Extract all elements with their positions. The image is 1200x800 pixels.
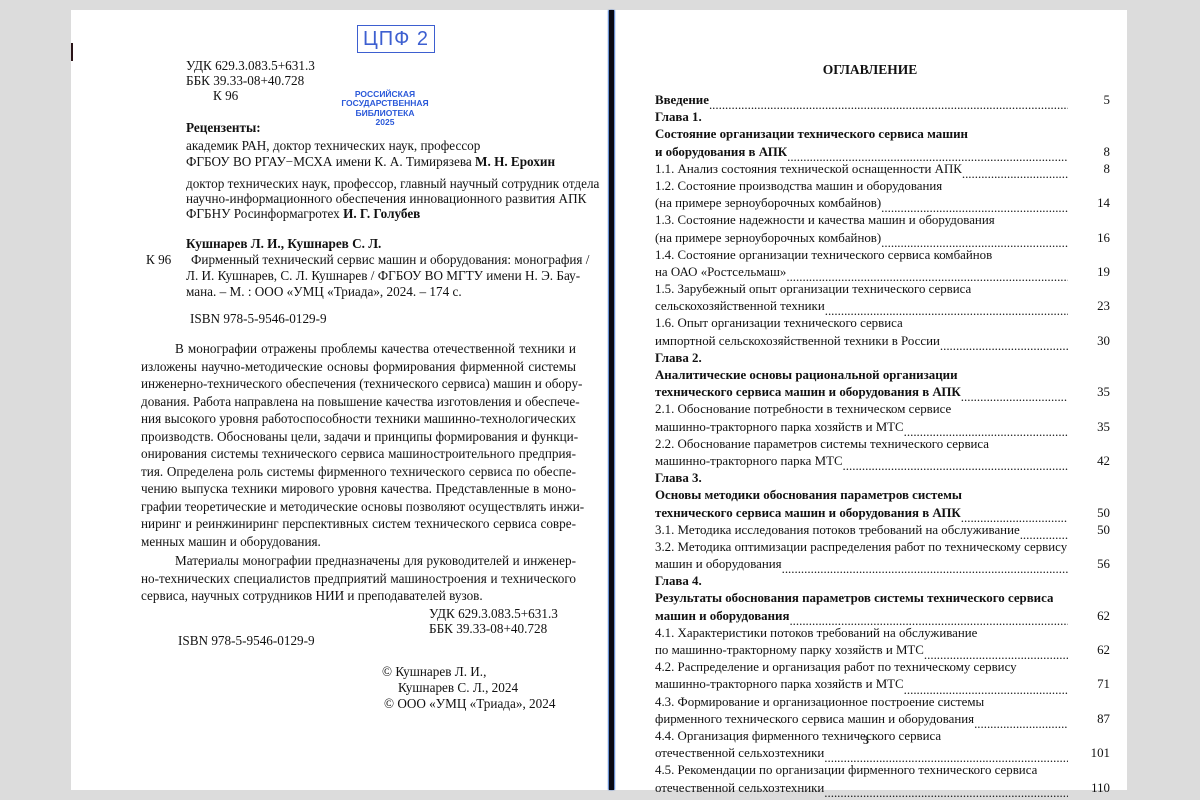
toc-entry[interactable]: Глава 3.	[655, 470, 1110, 487]
toc-entry-title: машинно-тракторного парка хозяйств и МТС	[655, 419, 904, 436]
toc-entry-title: 1.1. Анализ состояния технической оснаще…	[655, 161, 962, 178]
paragraph-line: тия. Определена роль системы фирменного …	[141, 463, 576, 481]
toc-entry[interactable]: 4.3. Формирование и организационное пост…	[655, 694, 1110, 711]
toc-entry-title: 1.2. Состояние производства машин и обор…	[655, 178, 942, 195]
toc-entry[interactable]: машинно-тракторного парка хозяйств и МТС…	[655, 676, 1110, 693]
toc-entry-title: Аналитические основы рациональной органи…	[655, 367, 958, 384]
library-stamp-line: 2025	[337, 118, 433, 127]
toc-entry-title: Результаты обоснования параметров систем…	[655, 590, 1053, 607]
toc-entry[interactable]: сельскохозяйственной техники............…	[655, 298, 1110, 315]
toc-entry-title: по машинно-тракторному парку хозяйств и …	[655, 642, 924, 659]
toc-entry[interactable]: машин и оборудования....................…	[655, 556, 1110, 573]
bib-line-1: Фирменный технический сервис машин и обо…	[191, 252, 589, 267]
toc-entry[interactable]: 1.3. Состояние надежности и качества маш…	[655, 212, 1110, 229]
copyright-line-2: Кушнарев С. Л., 2024	[398, 680, 518, 695]
paragraph-line: ниринг и реинжиниринг перспективных сист…	[141, 515, 576, 533]
toc-page-number: 50	[1076, 505, 1110, 522]
toc-entry[interactable]: 3.2. Методика оптимизации распределения …	[655, 539, 1110, 556]
reviewer2-affiliation: ФГБНУ Росинформагротех	[186, 206, 343, 221]
reviewer1-line2: ФГБОУ ВО РГАУ−МСХА имени К. А. Тимирязев…	[186, 154, 555, 169]
toc-entry[interactable]: отечественной сельхозтехники............…	[655, 780, 1110, 797]
toc-entry-title: машинно-тракторного парка хозяйств и МТС	[655, 676, 904, 693]
reviewer1-line1: академик РАН, доктор технических наук, п…	[186, 138, 480, 153]
toc-page-number: 5	[1076, 92, 1110, 109]
toc-entry-title: машин и оборудования	[655, 556, 782, 573]
toc-entry[interactable]: машин и оборудования....................…	[655, 608, 1110, 625]
toc-entry[interactable]: и оборудования в АПК....................…	[655, 144, 1110, 161]
toc-entry-title: машинно-тракторного парка МТС	[655, 453, 843, 470]
author-mark: К 96	[213, 88, 238, 103]
toc-entry-title: на ОАО «Ростсельмаш»	[655, 264, 786, 281]
toc-entry[interactable]: Результаты обоснования параметров систем…	[655, 590, 1110, 607]
toc-page-number: 8	[1076, 161, 1110, 178]
reviewer2-line2: научно-информационного обеспечения иннов…	[186, 191, 586, 206]
toc-entry[interactable]: Состояние организации технического серви…	[655, 126, 1110, 143]
toc-entry[interactable]: Аналитические основы рациональной органи…	[655, 367, 1110, 384]
toc-entry-title: сельскохозяйственной техники	[655, 298, 825, 315]
toc-entry-title: (на примере зерноуборочных комбайнов)	[655, 230, 881, 247]
toc-entry-title: отечественной сельхозтехники	[655, 780, 824, 797]
reviewer2-line1: доктор технических наук, профессор, глав…	[186, 176, 576, 191]
paragraph-line: онирования системы технического сервиса …	[141, 445, 576, 463]
toc-page-number: 71	[1076, 676, 1110, 693]
audience-paragraph: Материалы монографии предназначены для р…	[141, 552, 576, 605]
toc-entry[interactable]: 4.2. Распределение и организация работ п…	[655, 659, 1110, 676]
paragraph-line: производств. Обоснованы цели, задачи и п…	[141, 428, 576, 446]
toc-entry-title: 4.1. Характеристики потоков требований н…	[655, 625, 977, 642]
toc-entry[interactable]: Глава 2.	[655, 350, 1110, 367]
toc-entry[interactable]: по машинно-тракторному парку хозяйств и …	[655, 642, 1110, 659]
toc-entry[interactable]: 1.2. Состояние производства машин и обор…	[655, 178, 1110, 195]
toc-entry[interactable]: 3.1. Методика исследования потоков требо…	[655, 522, 1110, 539]
toc-entry[interactable]: технического сервиса машин и оборудовани…	[655, 505, 1110, 522]
paragraph-line: инженерно-технического обеспечения (техн…	[141, 375, 576, 393]
isbn-top: ISBN 978-5-9546-0129-9	[190, 311, 327, 326]
toc-entry-title: 3.1. Методика исследования потоков требо…	[655, 522, 1020, 539]
reviewer2-text: доктор технических наук, профессор, глав…	[186, 176, 599, 191]
paragraph-line: дования. Работа направлена на повышение …	[141, 393, 576, 411]
toc-page-number: 42	[1076, 453, 1110, 470]
toc-page-number: 8	[1076, 144, 1110, 161]
toc-entry-title: 1.3. Состояние надежности и качества маш…	[655, 212, 995, 229]
copyright-line-3: © ООО «УМЦ «Триада», 2024	[384, 696, 555, 711]
toc-page-number: 110	[1076, 780, 1110, 797]
toc-entry-title: Состояние организации технического серви…	[655, 126, 968, 143]
bib-line-2: Л. И. Кушнарев, С. Л. Кушнарев / ФГБОУ В…	[186, 268, 580, 283]
paragraph-line: ния высокого уровня работоспособности те…	[141, 410, 576, 428]
paragraph-line: но-технических специалистов предприятий …	[141, 570, 576, 588]
udk-code-bottom: УДК 629.3.083.5+631.3	[429, 606, 558, 621]
toc-entry-title: Глава 2.	[655, 350, 702, 367]
toc-entry[interactable]: технического сервиса машин и оборудовани…	[655, 384, 1110, 401]
reviewer2-line3: ФГБНУ Росинформагротех И. Г. Голубев	[186, 206, 420, 221]
copyright-line-1: © Кушнарев Л. И.,	[382, 664, 486, 679]
toc-entry-title: 1.6. Опыт организации технического серви…	[655, 315, 903, 332]
toc-title: ОГЛАВЛЕНИЕ	[780, 62, 960, 78]
toc-entry-title: 1.4. Состояние организации технического …	[655, 247, 992, 264]
toc-entry[interactable]: 1.5. Зарубежный опыт организации техниче…	[655, 281, 1110, 298]
library-stamp: РОССИЙСКАЯ ГОСУДАРСТВЕННАЯ БИБЛИОТЕКА 20…	[337, 90, 433, 128]
toc-entry-title: технического сервиса машин и оборудовани…	[655, 384, 961, 401]
reviewer1-name: М. Н. Ерохин	[475, 154, 555, 169]
paragraph-line: графии теоретические и методические осно…	[141, 498, 576, 516]
toc-entry-title: Глава 1.	[655, 109, 702, 126]
toc-dot-leader: ........................................…	[824, 785, 1068, 800]
bib-line-3: мана. – М. : ООО «УМЦ «Триада», 2024. – …	[186, 284, 462, 299]
toc-page-number: 56	[1076, 556, 1110, 573]
toc-page-number: 19	[1076, 264, 1110, 281]
toc-entry[interactable]: 2.1. Обоснование потребности в техническ…	[655, 401, 1110, 418]
toc-entry-title: Глава 4.	[655, 573, 702, 590]
toc-page-number: 62	[1076, 642, 1110, 659]
paragraph-line: Материалы монографии предназначены для р…	[141, 552, 576, 570]
toc-entry-title: 3.2. Методика оптимизации распределения …	[655, 539, 1067, 556]
toc-entry-title: 2.1. Обоснование потребности в техническ…	[655, 401, 951, 418]
cpf-stamp: ЦПФ 2	[357, 25, 435, 53]
toc-entry-title: (на примере зерноуборочных комбайнов)	[655, 195, 881, 212]
table-of-contents: Введение................................…	[655, 92, 1110, 797]
toc-entry-title: и оборудования в АПК	[655, 144, 787, 161]
toc-entry[interactable]: Глава 1.	[655, 109, 1110, 126]
toc-page-number: 87	[1076, 711, 1110, 728]
toc-entry-title: Глава 3.	[655, 470, 702, 487]
reviewers-label: Рецензенты:	[186, 120, 261, 135]
toc-page-number: 35	[1076, 419, 1110, 436]
paragraph-line: менных машин и оборудования.	[141, 533, 576, 551]
toc-page-number: 50	[1076, 522, 1110, 539]
toc-page-number: 30	[1076, 333, 1110, 350]
toc-entry[interactable]: (на примере зерноуборочных комбайнов)...…	[655, 195, 1110, 212]
toc-page-number: 16	[1076, 230, 1110, 247]
toc-entry-title: 1.5. Зарубежный опыт организации техниче…	[655, 281, 971, 298]
toc-entry-title: Введение	[655, 92, 709, 109]
toc-entry[interactable]: 1.4. Состояние организации технического …	[655, 247, 1110, 264]
toc-entry[interactable]: фирменного технического сервиса машин и …	[655, 711, 1110, 728]
toc-entry[interactable]: машинно-тракторного парка хозяйств и МТС…	[655, 419, 1110, 436]
book-spine	[609, 10, 614, 790]
toc-entry[interactable]: импортной сельскохозяйственной техники в…	[655, 333, 1110, 350]
paragraph-line: изложены научно-методические основы форм…	[141, 358, 576, 376]
toc-entry[interactable]: 4.4. Организация фирменного технического…	[655, 728, 1110, 745]
toc-entry-title: 4.4. Организация фирменного технического…	[655, 728, 941, 745]
toc-page-number: 101	[1076, 745, 1110, 762]
isbn-bottom: ISBN 978-5-9546-0129-9	[178, 633, 315, 648]
udk-code: УДК 629.3.083.5+631.3	[186, 58, 315, 73]
author-mark-bib: К 96	[146, 252, 171, 267]
toc-entry-title: 4.3. Формирование и организационное пост…	[655, 694, 984, 711]
reviewer1-affiliation: ФГБОУ ВО РГАУ−МСХА имени К. А. Тимирязев…	[186, 154, 475, 169]
toc-entry-title: отечественной сельхозтехники	[655, 745, 824, 762]
paragraph-line: чению выпуска техники мирового уровня ка…	[141, 480, 576, 498]
toc-entry[interactable]: (на примере зерноуборочных комбайнов)...…	[655, 230, 1110, 247]
paragraph-line: В монографии отражены проблемы качества …	[141, 340, 576, 358]
toc-page-number: 23	[1076, 298, 1110, 315]
toc-entry[interactable]: Введение................................…	[655, 92, 1110, 109]
toc-entry-title: импортной сельскохозяйственной техники в…	[655, 333, 940, 350]
toc-entry[interactable]: Глава 4.	[655, 573, 1110, 590]
toc-entry-title: фирменного технического сервиса машин и …	[655, 711, 974, 728]
toc-entry[interactable]: на ОАО «Ростсельмаш»....................…	[655, 264, 1110, 281]
toc-entry-title: машин и оборудования	[655, 608, 789, 625]
toc-entry-title: 4.2. Распределение и организация работ п…	[655, 659, 1017, 676]
toc-entry[interactable]: отечественной сельхозтехники............…	[655, 745, 1110, 762]
book-authors: Кушнарев Л. И., Кушнарев С. Л.	[186, 236, 381, 251]
toc-entry-title: 2.2. Обоснование параметров системы техн…	[655, 436, 989, 453]
toc-entry[interactable]: 4.1. Характеристики потоков требований н…	[655, 625, 1110, 642]
bbk-code: ББК 39.33-08+40.728	[186, 73, 304, 88]
bbk-code-bottom: ББК 39.33-08+40.728	[429, 621, 547, 636]
toc-page-number: 14	[1076, 195, 1110, 212]
toc-entry[interactable]: 1.1. Анализ состояния технической оснаще…	[655, 161, 1110, 178]
page-number: 3	[863, 733, 869, 748]
toc-entry[interactable]: Основы методики обоснования параметров с…	[655, 487, 1110, 504]
reviewer2-name: И. Г. Голубев	[343, 206, 420, 221]
toc-page-number: 35	[1076, 384, 1110, 401]
toc-entry-title: технического сервиса машин и оборудовани…	[655, 505, 961, 522]
toc-page-number: 62	[1076, 608, 1110, 625]
toc-entry[interactable]: 1.6. Опыт организации технического серви…	[655, 315, 1110, 332]
toc-entry-title: Основы методики обоснования параметров с…	[655, 487, 962, 504]
paragraph-line: сервиса, научных сотрудников НИИ и препо…	[141, 587, 576, 605]
toc-entry[interactable]: 2.2. Обоснование параметров системы техн…	[655, 436, 1110, 453]
toc-entry[interactable]: машинно-тракторного парка МТС...........…	[655, 453, 1110, 470]
abstract-paragraph: В монографии отражены проблемы качества …	[141, 340, 576, 550]
toc-entry[interactable]: 4.5. Рекомендации по организации фирменн…	[655, 762, 1110, 779]
page-edge-mark	[71, 43, 73, 61]
toc-entry-title: 4.5. Рекомендации по организации фирменн…	[655, 762, 1037, 779]
